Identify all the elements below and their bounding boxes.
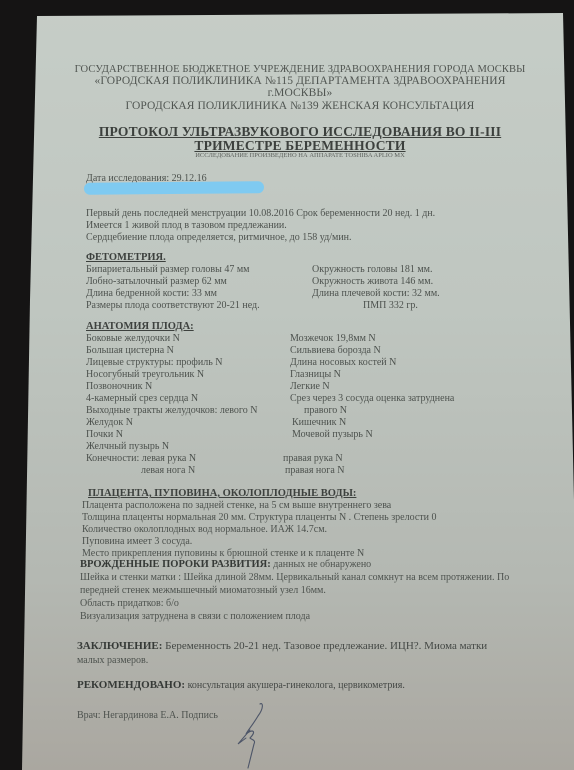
anatomy-right-3: Глазницы N <box>290 369 341 380</box>
anatomy-left-7: Желудок N <box>86 417 133 428</box>
institution-line-1: ГОСУДАРСТВЕННОЕ БЮДЖЕТНОЕ УЧРЕЖДЕНИЕ ЗДР… <box>60 64 540 75</box>
institution-line-2: «ГОРОДСКАЯ ПОЛИКЛИНИКА №115 ДЕПАРТАМЕНТА… <box>60 75 540 87</box>
fetometry-left-0: Бипариетальный размер головы 47 мм <box>86 264 250 275</box>
heartbeat-line: Сердцебиение плода определяется, ритмичн… <box>86 232 352 243</box>
fetus-line: Имеется 1 живой плод в тазовом предлежан… <box>86 220 287 231</box>
anatomy-left-9: Желчный пузырь N <box>86 441 169 452</box>
placenta-line-1: Толщина плаценты нормальная 20 мм. Струк… <box>82 512 437 523</box>
anatomy-left-2: Лицевые структуры: профиль N <box>86 357 223 368</box>
anatomy-heading: АНАТОМИЯ ПЛОДА: <box>86 321 194 332</box>
fetometry-right-3: ПМП 332 гр. <box>363 300 418 311</box>
anatomy-right-0: Мозжечок 19,8мм N <box>290 333 376 344</box>
anatomy-left-10: Конечности: левая рука N <box>86 453 196 464</box>
anatomy-right-5: Срез через 3 сосуда оценка затруднена <box>290 393 454 404</box>
conclusion-line-2: малых размеров. <box>77 655 148 666</box>
fetometry-right-0: Окружность головы 181 мм. <box>312 264 433 275</box>
doctor-signature-line: Врач: Негардинова Е.А. Подпись <box>77 710 218 721</box>
fetometry-right-2: Длина плечевой кости: 32 мм. <box>312 288 440 299</box>
anatomy-left-3: Носогубный треугольник N <box>86 369 204 380</box>
anatomy-left-0: Боковые желудочки N <box>86 333 180 344</box>
anatomy-left-1: Большая цистерна N <box>86 345 174 356</box>
fetometry-left-1: Лобно-затылочный размер 62 мм <box>86 276 227 287</box>
fetometry-left-2: Длина бедренной кости: 33 мм <box>86 288 217 299</box>
recommendation-label: РЕКОМЕНДОВАНО: <box>77 679 185 691</box>
conclusion-line: ЗАКЛЮЧЕНИЕ: Беременность 20-21 нед. Тазо… <box>77 640 487 652</box>
anatomy-right-leg: правая нога N <box>285 465 345 476</box>
uterus-line-1: передней стенек межмышечный миоматозный … <box>80 585 326 596</box>
conclusion-label: ЗАКЛЮЧЕНИЕ: <box>77 640 162 652</box>
last-menstruation-line: Первый день последней менструации 10.08.… <box>86 208 435 219</box>
visualization-line: Визуализация затруднена в связи с положе… <box>80 611 310 622</box>
anatomy-right2-1: Мочевой пузырь N <box>292 429 373 440</box>
anatomy-left-4: Позвоночник N <box>86 381 152 392</box>
placenta-line-0: Плацента расположена по задней стенке, н… <box>82 500 391 511</box>
malformations-value: данных не обнаружено <box>271 559 371 570</box>
placenta-line-2: Количество околоплодных вод нормальное. … <box>82 524 327 535</box>
anatomy-left-leg: левая нога N <box>141 465 195 476</box>
ultrasound-protocol-document: ГОСУДАРСТВЕННОЕ БЮДЖЕТНОЕ УЧРЕЖДЕНИЕ ЗДР… <box>0 0 574 770</box>
anatomy-right-1: Сильвиева борозда N <box>290 345 381 356</box>
conclusion-value: Беременность 20-21 нед. Тазовое предлежа… <box>162 640 487 652</box>
handwritten-signature <box>230 700 270 770</box>
anatomy-left-6: Выходные тракты желудочков: левого N <box>86 405 258 416</box>
fetometry-left-3: Размеры плода соответствуют 20-21 нед. <box>86 300 260 311</box>
anatomy-right-2: Длина носовых костей N <box>290 357 396 368</box>
anatomy-right2-0: Кишечник N <box>292 417 346 428</box>
placenta-line-3: Пуповина имеет 3 сосуда. <box>82 536 192 547</box>
fetometry-heading: ФЕТОМЕТРИЯ. <box>86 252 166 263</box>
recommendation-value: консультация акушера-гинеколога, цервико… <box>185 680 405 691</box>
institution-line-4: ГОРОДСКАЯ ПОЛИКЛИНИКА №139 ЖЕНСКАЯ КОНСУ… <box>60 100 540 112</box>
malformations-line: ВРОЖДЕННЫЕ ПОРОКИ РАЗВИТИЯ: данных не об… <box>80 559 371 570</box>
uterus-line-0: Шейка и стенки матки : Шейка длиной 28мм… <box>80 572 509 583</box>
redaction-mark <box>84 181 264 195</box>
placenta-line-4: Место прикрепления пуповины к брюшной ст… <box>82 548 364 559</box>
anatomy-left-8: Почки N <box>86 429 123 440</box>
anatomy-left-5: 4-камерный срез сердца N <box>86 393 198 404</box>
recommendation-line: РЕКОМЕНДОВАНО: консультация акушера-гине… <box>77 679 405 691</box>
document-subtitle: ИССЛЕДОВАНИЕ ПРОИЗВЕДЕНО НА АППАРАТЕ TOS… <box>60 152 540 159</box>
fetometry-right-1: Окружность живота 146 мм. <box>312 276 433 287</box>
malformations-label: ВРОЖДЕННЫЕ ПОРОКИ РАЗВИТИЯ: <box>80 559 271 570</box>
placenta-heading: ПЛАЦЕНТА, ПУПОВИНА, ОКОЛОПЛОДНЫЕ ВОДЫ: <box>88 488 356 499</box>
institution-line-3: г.МОСКВЫ» <box>60 87 540 99</box>
anatomy-right-arm: правая рука N <box>283 453 343 464</box>
anatomy-right-cont: правого N <box>304 405 347 416</box>
anatomy-right-4: Легкие N <box>290 381 330 392</box>
adnexa-line: Область придатков: б/о <box>80 598 179 609</box>
